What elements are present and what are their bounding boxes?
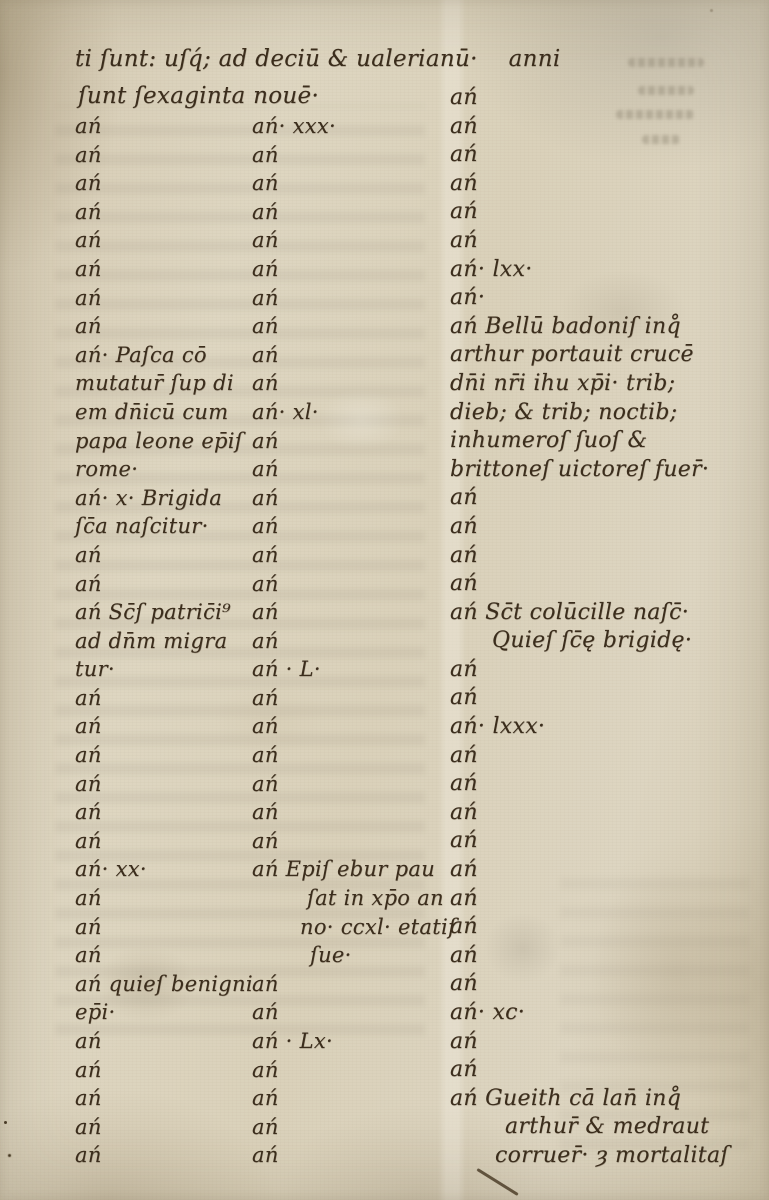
annal-entry: ań (450, 770, 729, 799)
annal-entry: ań (75, 141, 253, 170)
annal-entry: ań (450, 913, 729, 942)
annal-entry: ań (75, 1113, 253, 1142)
annal-entry: ań· x· Brigida (75, 484, 253, 513)
annal-entry: ań (252, 1056, 456, 1085)
marginalia-line (616, 110, 694, 119)
annal-entry: ań (75, 1084, 253, 1113)
annal-entry: ań (252, 255, 456, 284)
annal-entry: ań (450, 542, 729, 571)
annal-entry: ań (252, 169, 456, 198)
annal-entry: ań (75, 1056, 253, 1085)
annal-entry: ań (450, 198, 729, 227)
annal-entry: ań (450, 684, 729, 713)
annal-column-left: ańańańańańańańańań· Paſca cōmutatur̄ ſup… (75, 112, 253, 1170)
annal-entry: ań Sc̄ſ patric̄i⁹ (75, 598, 253, 627)
annal-entry: ań (252, 226, 456, 255)
annal-entry: no· ccxl· etatiſ (300, 913, 456, 942)
annal-entry: ań (75, 284, 253, 313)
annal-entry: ań (75, 570, 253, 599)
marginalia-line (638, 86, 694, 95)
annal-entry: ań (75, 684, 253, 713)
annal-entry: ań· lxx· (450, 256, 729, 285)
annal-entry: ań Sc̄t colūcille naſc̄· (450, 599, 729, 628)
annal-entry: ań (450, 141, 729, 170)
annal-entry: tur· (75, 655, 253, 684)
annal-entry: ań (252, 198, 456, 227)
annal-entry: ań Bellū badoniſ inq̊ (450, 313, 729, 342)
annal-entry: ań (252, 1141, 456, 1170)
annal-entry: ań (252, 970, 456, 999)
annal-entry: ań (450, 942, 729, 971)
annal-entry: ań· Paſca cō (75, 341, 253, 370)
annal-entry: ań (450, 827, 729, 856)
annal-entry: ań (75, 541, 253, 570)
annal-column-middle: ań· xxx·ańańańańańańańańańań· xl·ańańańa… (252, 112, 456, 1170)
annal-entry: ań · Lx· (252, 1027, 456, 1056)
annal-entry: ań (75, 1027, 253, 1056)
annal-entry: ań (252, 998, 456, 1027)
annal-entry: rome· (75, 455, 253, 484)
annal-entry: ań (252, 770, 456, 799)
manuscript-page: ti ſunt: uſq́; ad deciū & ualerianū· ann… (0, 0, 769, 1200)
header-line-2: ſunt ſexaginta nouē· (78, 83, 319, 109)
annal-entry: dn̄i nr̄i ihu xp̄i· trib; (450, 370, 729, 399)
annal-entry: ań (252, 427, 456, 456)
annal-entry: ań (252, 741, 456, 770)
annal-entry: arthur portauit crucē (450, 341, 729, 370)
annal-entry: ań (450, 1028, 729, 1057)
annal-entry: ań (252, 369, 456, 398)
annal-entry: ań (252, 798, 456, 827)
annal-column-right: ańańańańańańań· lxx·ań·ań Bellū badoniſ … (450, 84, 729, 1171)
annal-entry: ań quieſ benigni (75, 970, 253, 999)
annal-entry: ań (252, 627, 456, 656)
annal-entry: ań (252, 1084, 456, 1113)
annal-entry: ań (252, 598, 456, 627)
annal-entry: ań (450, 484, 729, 513)
annal-entry: ań (450, 799, 729, 828)
annal-entry: ań (75, 312, 253, 341)
annal-entry: ań (75, 198, 253, 227)
annal-entry: ań (252, 684, 456, 713)
annal-entry: ań (75, 169, 253, 198)
annal-entry: ań· xc· (450, 999, 729, 1028)
annal-entry: Quieſ ſc̄ę brigidę· (492, 627, 729, 656)
annal-entry: dieb; & trib; noctib; (450, 399, 729, 428)
annal-entry: ań (252, 1113, 456, 1142)
annal-entry: ań (450, 170, 729, 199)
annal-entry: brittoneſ uictoreſ fuer̄· (450, 456, 729, 485)
annal-entry: ań (75, 798, 253, 827)
annal-entry: ań (75, 941, 253, 970)
annal-entry: ań (252, 141, 456, 170)
annal-entry: ań (450, 1056, 729, 1085)
annal-entry: ań (252, 541, 456, 570)
annal-entry: ań (75, 827, 253, 856)
annal-entry: ań (75, 884, 253, 913)
marginalia-line (628, 58, 704, 67)
annal-entry: ań Gueith cā lan̄ inq̊ (450, 1085, 729, 1114)
annal-entry: ań (252, 484, 456, 513)
annal-entry: ep̄i· (75, 998, 253, 1027)
annal-entry: ań· xxx· (252, 112, 456, 141)
annal-entry: ań (450, 970, 729, 999)
annal-entry: inhumeroſ ſuoſ & (450, 427, 729, 456)
annal-entry: ań (252, 827, 456, 856)
ink-specks (4, 1121, 7, 1124)
annal-entry: ań · L· (252, 655, 456, 684)
annal-entry: ań (252, 570, 456, 599)
annal-entry: ań (75, 741, 253, 770)
annal-entry: ań (450, 570, 729, 599)
annal-entry: ań (75, 1141, 253, 1170)
stray-pen-stroke (477, 1168, 519, 1196)
marginalia-line (642, 135, 680, 144)
annal-entry: ań Epiſ ebur pau (252, 855, 456, 884)
annal-entry: ań (450, 656, 729, 685)
annal-entry: em dn̄icū cum (75, 398, 253, 427)
annal-entry: ań (252, 712, 456, 741)
annal-entry: ań (75, 255, 253, 284)
annal-entry: ſc̄a naſcitur· (75, 512, 253, 541)
annal-entry: ań (252, 341, 456, 370)
annal-entry: ań (75, 226, 253, 255)
header-line-1: ti ſunt: uſq́; ad deciū & ualerianū· ann… (75, 46, 560, 72)
annal-entry: arthur̄ & medraut (505, 1113, 729, 1142)
annal-entry: ań· xx· (75, 855, 253, 884)
annal-entry: ad dn̄m migra (75, 627, 253, 656)
annal-entry: ań (450, 227, 729, 256)
annal-entry: ań (450, 742, 729, 771)
annal-entry: ſat in xp̄o an (307, 884, 456, 913)
annal-entry: ań (252, 455, 456, 484)
annal-entry: ań (252, 284, 456, 313)
annal-entry: ań· xl· (252, 398, 456, 427)
annal-entry: ań (450, 856, 729, 885)
annal-entry: papa leone ep̄iſ (75, 427, 253, 456)
annal-entry: ań· (450, 284, 729, 313)
annal-entry: corruer̄· ȝ mortalitaſ (495, 1142, 729, 1171)
annal-entry: ań (450, 513, 729, 542)
annal-entry: ań (75, 712, 253, 741)
annal-entry: ań· lxxx· (450, 713, 729, 742)
annal-entry: ań (75, 770, 253, 799)
annal-entry: ań (75, 913, 253, 942)
annal-entry: ań (450, 885, 729, 914)
annal-entry: ań (252, 512, 456, 541)
annal-entry: ſue· (310, 941, 456, 970)
annal-entry: mutatur̄ ſup di (75, 369, 253, 398)
annal-entry: ań (75, 112, 253, 141)
annal-entry: ań (252, 312, 456, 341)
